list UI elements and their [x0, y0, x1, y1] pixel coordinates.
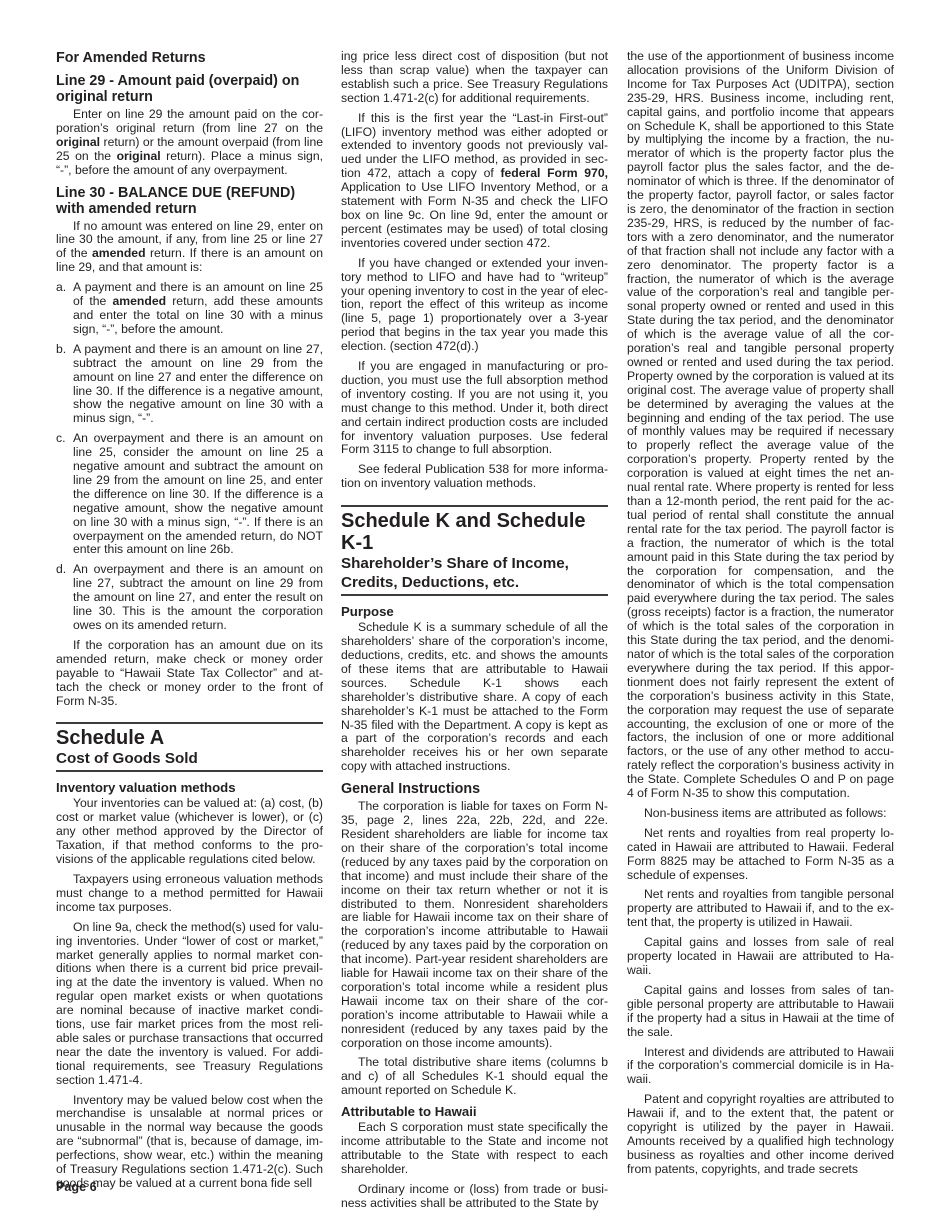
paragraph: Patent and copyright royalties are attri… — [627, 1093, 894, 1176]
paragraph: The total distributive share items (colu… — [341, 1056, 608, 1098]
general-instructions-heading: General Instructions — [341, 781, 608, 797]
paragraph: Schedule K is a summary schedule of all … — [341, 621, 608, 774]
schedule-a-title: Schedule A — [56, 727, 323, 749]
paragraph: ing price less direct cost of dispositio… — [341, 50, 608, 106]
line29-heading: Line 29 - Amount paid (overpaid) on orig… — [56, 73, 323, 105]
purpose-heading: Purpose — [341, 604, 608, 619]
schedule-k-subtitle: Shareholder’s Share of Income, Credits, … — [341, 554, 608, 592]
paragraph: Net rents and royalties from tangible pe… — [627, 888, 894, 930]
list-item: b.A payment and there is an amount on li… — [56, 343, 323, 426]
line30-heading: Line 30 - BALANCE DUE (REFUND) with amen… — [56, 185, 323, 217]
paragraph: If you have changed or extended your inv… — [341, 257, 608, 354]
paragraph: the use of the apportionment of business… — [627, 50, 894, 801]
amount-due-paragraph: If the corporation has an amount due on … — [56, 639, 323, 709]
line29-paragraph: Enter on line 29 the amount paid on the … — [56, 108, 323, 178]
paragraph: The corporation is liable for taxes on F… — [341, 800, 608, 1050]
paragraph: Your inventories can be valued at: (a) c… — [56, 797, 323, 867]
lifo-paragraph: If this is the first year the “Last-in F… — [341, 112, 608, 251]
paragraph: See federal Publication 538 for more inf… — [341, 463, 608, 491]
paragraph: Net rents and royalties from real proper… — [627, 827, 894, 883]
schedule-k-title: Schedule K and Schedule K-1 — [341, 510, 608, 554]
paragraph: On line 9a, check the method(s) used for… — [56, 921, 323, 1088]
list-item: a.A payment and there is an amount on li… — [56, 281, 323, 337]
paragraph: Ordinary income or (loss) from trade or … — [341, 1183, 608, 1211]
paragraph: Capital gains and losses from sales of t… — [627, 984, 894, 1040]
schedule-a-subtitle: Cost of Goods Sold — [56, 749, 323, 768]
list-item: c.An overpayment and there is an amount … — [56, 432, 323, 557]
line30-paragraph: If no amount was entered on line 29, ent… — [56, 220, 323, 276]
column-right: the use of the apportionment of business… — [627, 50, 894, 1183]
inventory-valuation-heading: Inventory valuation methods — [56, 780, 323, 795]
schedule-k-header: Schedule K and Schedule K-1 Shareholder’… — [341, 505, 608, 596]
paragraph: Each S corporation must state specifical… — [341, 1121, 608, 1177]
attributable-hawaii-heading: Attributable to Hawaii — [341, 1104, 608, 1119]
amended-returns-heading: For Amended Returns — [56, 50, 323, 66]
paragraph: Capital gains and losses from sale of re… — [627, 936, 894, 978]
line30-conditions-list: a.A payment and there is an amount on li… — [56, 281, 323, 633]
paragraph: Taxpayers using erroneous valuation meth… — [56, 873, 323, 915]
paragraph: Non-business items are attributed as fol… — [627, 807, 894, 821]
column-left: For Amended Returns Line 29 - Amount pai… — [56, 50, 323, 1197]
paragraph: Inventory may be valued below cost when … — [56, 1094, 323, 1191]
schedule-a-header: Schedule A Cost of Goods Sold — [56, 722, 323, 772]
paragraph: Interest and dividends are attributed to… — [627, 1046, 894, 1088]
list-item: d.An overpayment and there is an amount … — [56, 563, 323, 633]
paragraph: If you are engaged in manufacturing or p… — [341, 360, 608, 457]
column-middle: ing price less direct cost of dispositio… — [341, 50, 608, 1217]
page-number: Page 6 — [56, 1180, 97, 1194]
